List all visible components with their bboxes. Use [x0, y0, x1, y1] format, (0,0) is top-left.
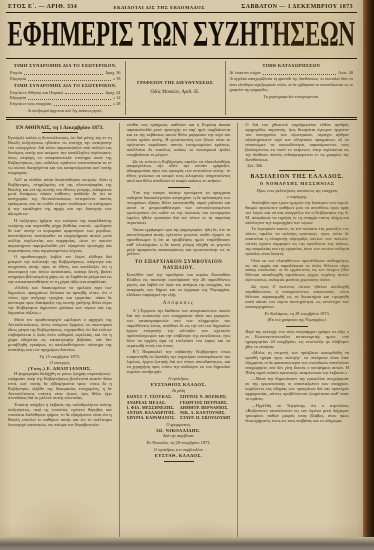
advert-rates-box: ΤΙΜΗ ΚΑΤΑΧΩΡΗΣΕΩΝ Δι' έκαστον στίχον Λεπ… [226, 61, 358, 115]
dotted-leader [54, 105, 112, 106]
quoted-paragraph: «Μόλις τη επιμονή των πρέσβεων κατωρθώθη… [245, 351, 349, 376]
member-name: ΑΝΔΡΕΑΣ ΜΕΛΑΣ. [127, 401, 177, 406]
place-date: Εν Ναυπλίω, τη 28 νοεμβρίου 1873. [127, 441, 231, 446]
direction-office-box: ΓΡΑΦΕΙΟΝ ΤΗΣ ΔΙΕΥΘΥΝΣΕΩΣ Οδός Μουσών, Αρ… [125, 61, 226, 115]
member-name: ΣΠΥΡΟΣ Ν. ΒΟΖΙΚΗΣ. [180, 395, 230, 400]
paragraph: Ως προς δ' εκείνους οίτινες ήθελον αποδε… [245, 285, 349, 310]
member-name: ΣΠΥΡΙΔ. ΚΑΡΑΜΑΝΟΣ. [127, 416, 177, 421]
paragraph: Μετά τον πρωθυπουργόν ωμίλησεν ο αρχηγός… [8, 318, 112, 353]
signature-date: Τη 15 νοεμβρίου 1873. [8, 355, 112, 360]
subscription-box: ΤΙΜΗ ΣΥΝΔΡΟΜΗΣ ΔΙΑ ΤΟ ΕΞΩΤΕΡΙΚΟΝ. Ετησία… [6, 61, 125, 115]
member-name: ΝΙΚ. Λ. ΚΑΝΤΟΥΝΗΣ. [180, 411, 230, 416]
subscription-ext-title: ΤΙΜΗ ΣΥΝΔΡΟΜΗΣ ΔΙΑ ΤΟ ΕΞΩΤΕΡΙΚΟΝ. [10, 63, 121, 69]
dotted-leader [28, 80, 111, 81]
price-value: » 28 [113, 101, 120, 107]
member-name: ΣΤΑΥΡ. Π. ΣΚΟΥΛΟΥΔΗΣ. [180, 416, 230, 421]
paragraph: Συνελθόν υπό την προεδρίαν του κυρίου Ευ… [127, 273, 231, 298]
quoted-paragraph: «Ουδείς των δικαιουμένων να ομιλώσι περί… [8, 286, 112, 316]
news-item: —Ηγγέλθη εκ Τεργέστης ότι ο ατμόπλους «Β… [245, 404, 349, 424]
issue-number: ΕΤΟΣ Ε΄. — ΑΡΙΘ. 334 [8, 4, 77, 10]
signature-name: ΕΥΣΤΑΘΙΟΣ ΚΛΑΔΟΣ. [127, 382, 231, 387]
reference-note: Σελ. 366. [247, 164, 349, 169]
rates-note: Αι αγγελίαι καταχωρίζονται τη φροντίδι τ… [230, 77, 354, 93]
attestation: Διά την ακρίβειαν [127, 434, 231, 439]
news-item: —Μετά την δημοσίευσιν της εγκυκλίου ανεχ… [245, 377, 349, 402]
office-title: ΓΡΑΦΕΙΟΝ ΤΗΣ ΔΙΕΥΘΥΝΣΕΩΣ [130, 80, 221, 86]
member-name: Ι. ΦΙΛ. ΜΕΣΣΗΝΕΖΗΣ. [127, 406, 177, 411]
masthead: ΕΦΗΜΕΡΙΣ ΤΩΝ ΣΥΖΗΤΗΣΕΩΝ [0, 13, 363, 57]
newspaper-page: ΕΤΟΣ Ε΄. — ΑΡΙΘ. 334 ΕΚΔΙΔΟΤΑΙ ΔΙΣ ΤΗΣ Ε… [0, 0, 374, 550]
rule [279, 170, 315, 171]
dotted-leader [65, 93, 103, 94]
price-label: Ετησία εν ταις επαρχίαις [10, 101, 52, 107]
book-gutter-edge [363, 0, 374, 550]
paragraph: Το ληστρικόν κακόν, το επί τοσαύτα έτη μ… [245, 227, 349, 257]
paragraph: Αναλαβών προ τριών ημερών την διοίκησιν … [245, 201, 349, 226]
section-heading: ΤΟ ΕΠΑΡΧΙΑΚΟΝ ΣΥΜΒΟΥΛΙΟΝ ΝΑΥΠΛΙΟΥ. [127, 260, 231, 271]
scan-bottom-edge [0, 537, 374, 550]
member-name: ΑΝΤΩΝ. ΒΑΛΑΩΡΙΤΗΣ. [127, 411, 177, 416]
paragraph: Όσοι εκ των πλανηθέντων προσέλθωσιν αυθο… [245, 259, 349, 284]
price-row: Εξαμηνία » 18 [10, 76, 121, 82]
place-date: Εν Καλάμαις, τη 28 νοεμβρίου 1873. [245, 312, 349, 317]
rates-title: ΤΙΜΗ ΚΑΤΑΧΩΡΗΣΕΩΝ [230, 63, 354, 69]
paragraph: Ο πρωθυπουργός λαβών τον λόγον εξέθηκε δ… [8, 255, 112, 285]
kingdom-heading: ΒΑΣΙΛΕΙΟΝ ΤΗΣ ΕΛΛΑΔΟΣ. [245, 174, 349, 181]
price-value: Λεπτ. 40 [338, 70, 353, 76]
members-label: Τα μέλη [127, 389, 231, 394]
secretary-name: ΙΩ. ΝΙΚΟΛΑΪΔΗΣ. [127, 428, 231, 433]
paragraph: Τοιαύτη υπήρξεν η έκβασις της πολυθρυλήτ… [8, 403, 112, 428]
paragraph: Η συζήτησις ήρξατο την εσπέραν της παρελ… [8, 219, 112, 254]
end-rule [164, 461, 194, 462]
president-name: ΕΥΣΤΑΘ. ΚΛΑΔΟΣ. [127, 453, 231, 458]
paragraph: Περί της εκλογής του νέου πατριάρχου γρά… [245, 330, 349, 350]
price-value: » 18 [113, 76, 120, 82]
paragraph: Εγνώριζε καλώς η Αντιπολίτευσις, ότι διά… [8, 136, 112, 176]
member-name: ΓΕΩΡΓΙΟΣ ΠΕΤΡΙΔΗΣ. [180, 401, 230, 406]
price-label: Εξαμηνία [10, 76, 26, 82]
rates-last-line: Τα χειρόγραφα δεν επιστρέφονται. [230, 94, 354, 99]
paragraph: νεσθαι τοις πράγμασι, καθόσον και η Ευρώ… [127, 123, 231, 158]
paragraph: Υπό την έποψιν ταύτην κρινόμενα τα πράγμ… [127, 191, 231, 226]
paragraph: Η ψηφοφορία διεξήχθη εν μέσω ζωηράς συγκ… [8, 372, 112, 402]
office-address: Οδός Μουσών, Αριθ. 45. [130, 90, 221, 97]
section-separator [168, 187, 190, 188]
paragraph: Ο διά του χθεσινού ταχυδρομείου ελθών αρ… [245, 123, 349, 163]
subscription-int-title: ΤΙΜΗ ΣΥΝΔΡΟΜΗΣ ΔΙΑ ΤΟ ΕΣΩΤΕΡΙΚΟΝ. [10, 83, 121, 89]
decision-item: Α΄) Εγκρίνει την διάθεσιν των αναγκαιούν… [127, 309, 231, 349]
infobar: ΤΙΜΗ ΣΥΝΔΡΟΜΗΣ ΔΙΑ ΤΟ ΕΞΩΤΕΡΙΚΟΝ. Ετησία… [6, 61, 357, 115]
rule [42, 132, 78, 133]
subscription-note: Αι συνδρομαί άρχονται από 1ης εκάστου μη… [10, 108, 121, 113]
article-columns: ΕΝ ΑΘΗΝΑΙΣ, τη 1 Δεκεμβρίου 1873. Εγνώρι… [0, 120, 363, 547]
column-3: Ο διά του χθεσινού ταχυδρομείου ελθών αρ… [237, 123, 349, 547]
issue-date: ΣΑΒΒΑΤΟΝ — 1 ΔΕΚΕΜΒΡΙΟΥ 1873 [241, 4, 353, 10]
publication-frequency: ΕΚΔΙΔΟΤΑΙ ΔΙΣ ΤΗΣ ΕΒΔΟΜΑΔΟΣ [113, 5, 204, 10]
decision-item: Β΄) Παρακαλεί την σεβαστήν Κυβέρνησιν όπ… [127, 350, 231, 375]
office-note: (Εκ του γραφείου της Νομαρχίας). [245, 318, 349, 323]
official-heading: Ο ΝΟΜΑΡΧΗΣ ΜΕΣΣΗΝΙΑΣ [245, 182, 349, 187]
decision-heading: Απόφασις [127, 301, 231, 307]
section-separator [286, 326, 308, 327]
column-1: ΕΝ ΑΘΗΝΑΙΣ, τη 1 Δεκεμβρίου 1873. Εγνώρι… [8, 123, 112, 547]
members-list: ΚΩΝΣΤ. Γ. ΤΣΟΥΚΑΣ. ΣΠΥΡΟΣ Ν. ΒΟΖΙΚΗΣ. ΑΝ… [127, 395, 231, 420]
masthead-rule [6, 58, 357, 59]
price-label: Δι' έκαστον στίχον [230, 70, 261, 76]
paragraph: Ως εκ τούτου η Κυβέρνησις οφείλει να εξα… [127, 160, 231, 185]
dateline: ΕΝ ΑΘΗΝΑΙΣ, τη 1 Δεκεμβρίου 1873. [8, 125, 112, 131]
member-name: ΔΗΜΗΤΡ. ΒΕΡΝΑΡΔΟΣ. [180, 406, 230, 411]
header-topline: ΕΤΟΣ Ε΄. — ΑΡΙΘ. 334 ΕΚΔΙΔΟΤΑΙ ΔΙΣ ΤΗΣ Ε… [0, 0, 363, 11]
paragraph: Ταύτα εγράφομεν προ της ψηφοφορίας· ήδη … [127, 228, 231, 258]
dotted-leader [263, 74, 336, 75]
paragraph: Αλλ' αι ελπίδες αύται διεψεύσθησαν οικτρ… [8, 178, 112, 218]
price-row: Δι' έκαστον στίχον Λεπτ. 40 [230, 70, 354, 76]
dotted-leader [24, 74, 103, 75]
masthead-title: ΕΦΗΜΕΡΙΣ ΤΩΝ ΣΥΖΗΤΗΣΕΩΝ [8, 15, 355, 56]
column-2: νεσθαι τοις πράγμασι, καθόσον και η Ευρώ… [119, 123, 231, 547]
price-row: Ετησία εν ταις επαρχίαις » 28 [10, 101, 121, 107]
dotted-leader [28, 99, 111, 100]
member-name: ΚΩΝΣΤ. Γ. ΤΣΟΥΚΑΣ. [127, 395, 177, 400]
